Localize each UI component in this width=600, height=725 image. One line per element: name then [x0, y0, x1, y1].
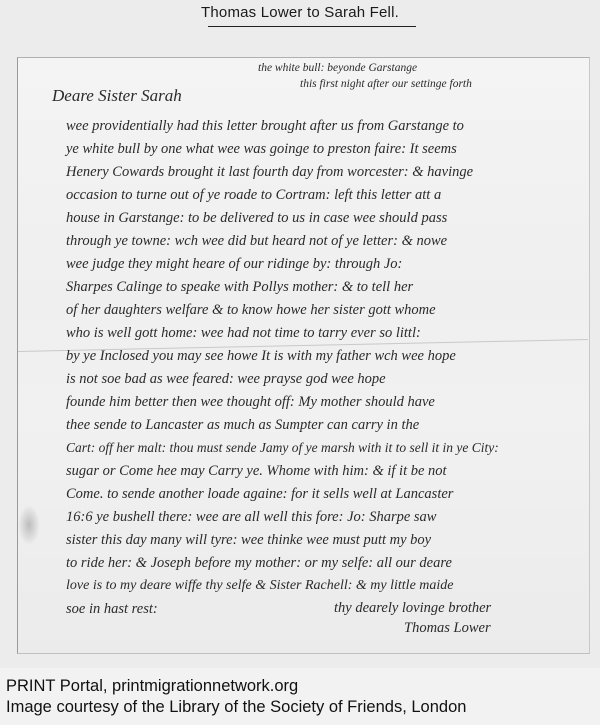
caption-credit: Image courtesy of the Library of the Soc… [6, 697, 596, 718]
letter-signature: Thomas Lower [404, 620, 491, 637]
letter-line: of her daughters welfare & to know howe … [66, 302, 436, 319]
paper-stain [18, 505, 40, 545]
letter-line: thee sende to Lancaster as much as Sumpt… [66, 417, 419, 434]
letter-line: 16:6 ye bushell there: wee are all well … [66, 509, 436, 526]
letter-line: sister this day many will tyre: wee thin… [66, 532, 431, 549]
letter-line: wee judge they might heare of our riding… [66, 256, 402, 273]
letter-line: Sharpes Calinge to speake with Pollys mo… [66, 279, 413, 296]
letter-line: Henery Cowards brought it last fourth da… [66, 164, 473, 181]
header-note-line: this first night after our settinge fort… [300, 78, 472, 90]
scanned-image: Thomas Lower to Sarah Fell. the white bu… [0, 0, 600, 668]
letter-line: occasion to turne out of ye roade to Cor… [66, 187, 441, 204]
letter-closing: thy dearely lovinge brother [334, 600, 491, 617]
letter-line: to ride her: & Joseph before my mother: … [66, 555, 452, 572]
letter-line: through ye towne: wch wee did but heard … [66, 233, 447, 250]
letter-line: sugar or Come hee may Carry ye. Whome wi… [66, 463, 447, 480]
letter-line: who is well gott home: wee had not time … [66, 325, 421, 342]
salutation: Deare Sister Sarah [52, 86, 182, 106]
page-title: Thomas Lower to Sarah Fell. [0, 4, 600, 21]
letter-line: by ye Inclosed you may see howe It is wi… [66, 348, 456, 365]
letter-line: house in Garstange: to be delivered to u… [66, 210, 447, 227]
letter-line: ye white bull by one what wee was goinge… [66, 141, 457, 158]
image-caption: PRINT Portal, printmigrationnetwork.org … [6, 676, 596, 718]
letter-line: founde him better then wee thought off: … [66, 394, 435, 411]
letter-line: Come. to sende another loade againe: for… [66, 486, 453, 503]
title-underline [208, 26, 416, 27]
letter-line: is not soe bad as wee feared: wee prayse… [66, 371, 386, 388]
letter-line: Cart: off her malt: thou must sende Jamy… [66, 440, 499, 456]
letter-line: wee providentially had this letter broug… [66, 118, 464, 135]
header-note-line: the white bull: beyonde Garstange [258, 62, 417, 74]
letter-line: soe in hast rest: [66, 601, 158, 618]
caption-source: PRINT Portal, printmigrationnetwork.org [6, 676, 596, 697]
letter-line: love is to my deare wiffe thy selfe & Si… [66, 578, 454, 594]
